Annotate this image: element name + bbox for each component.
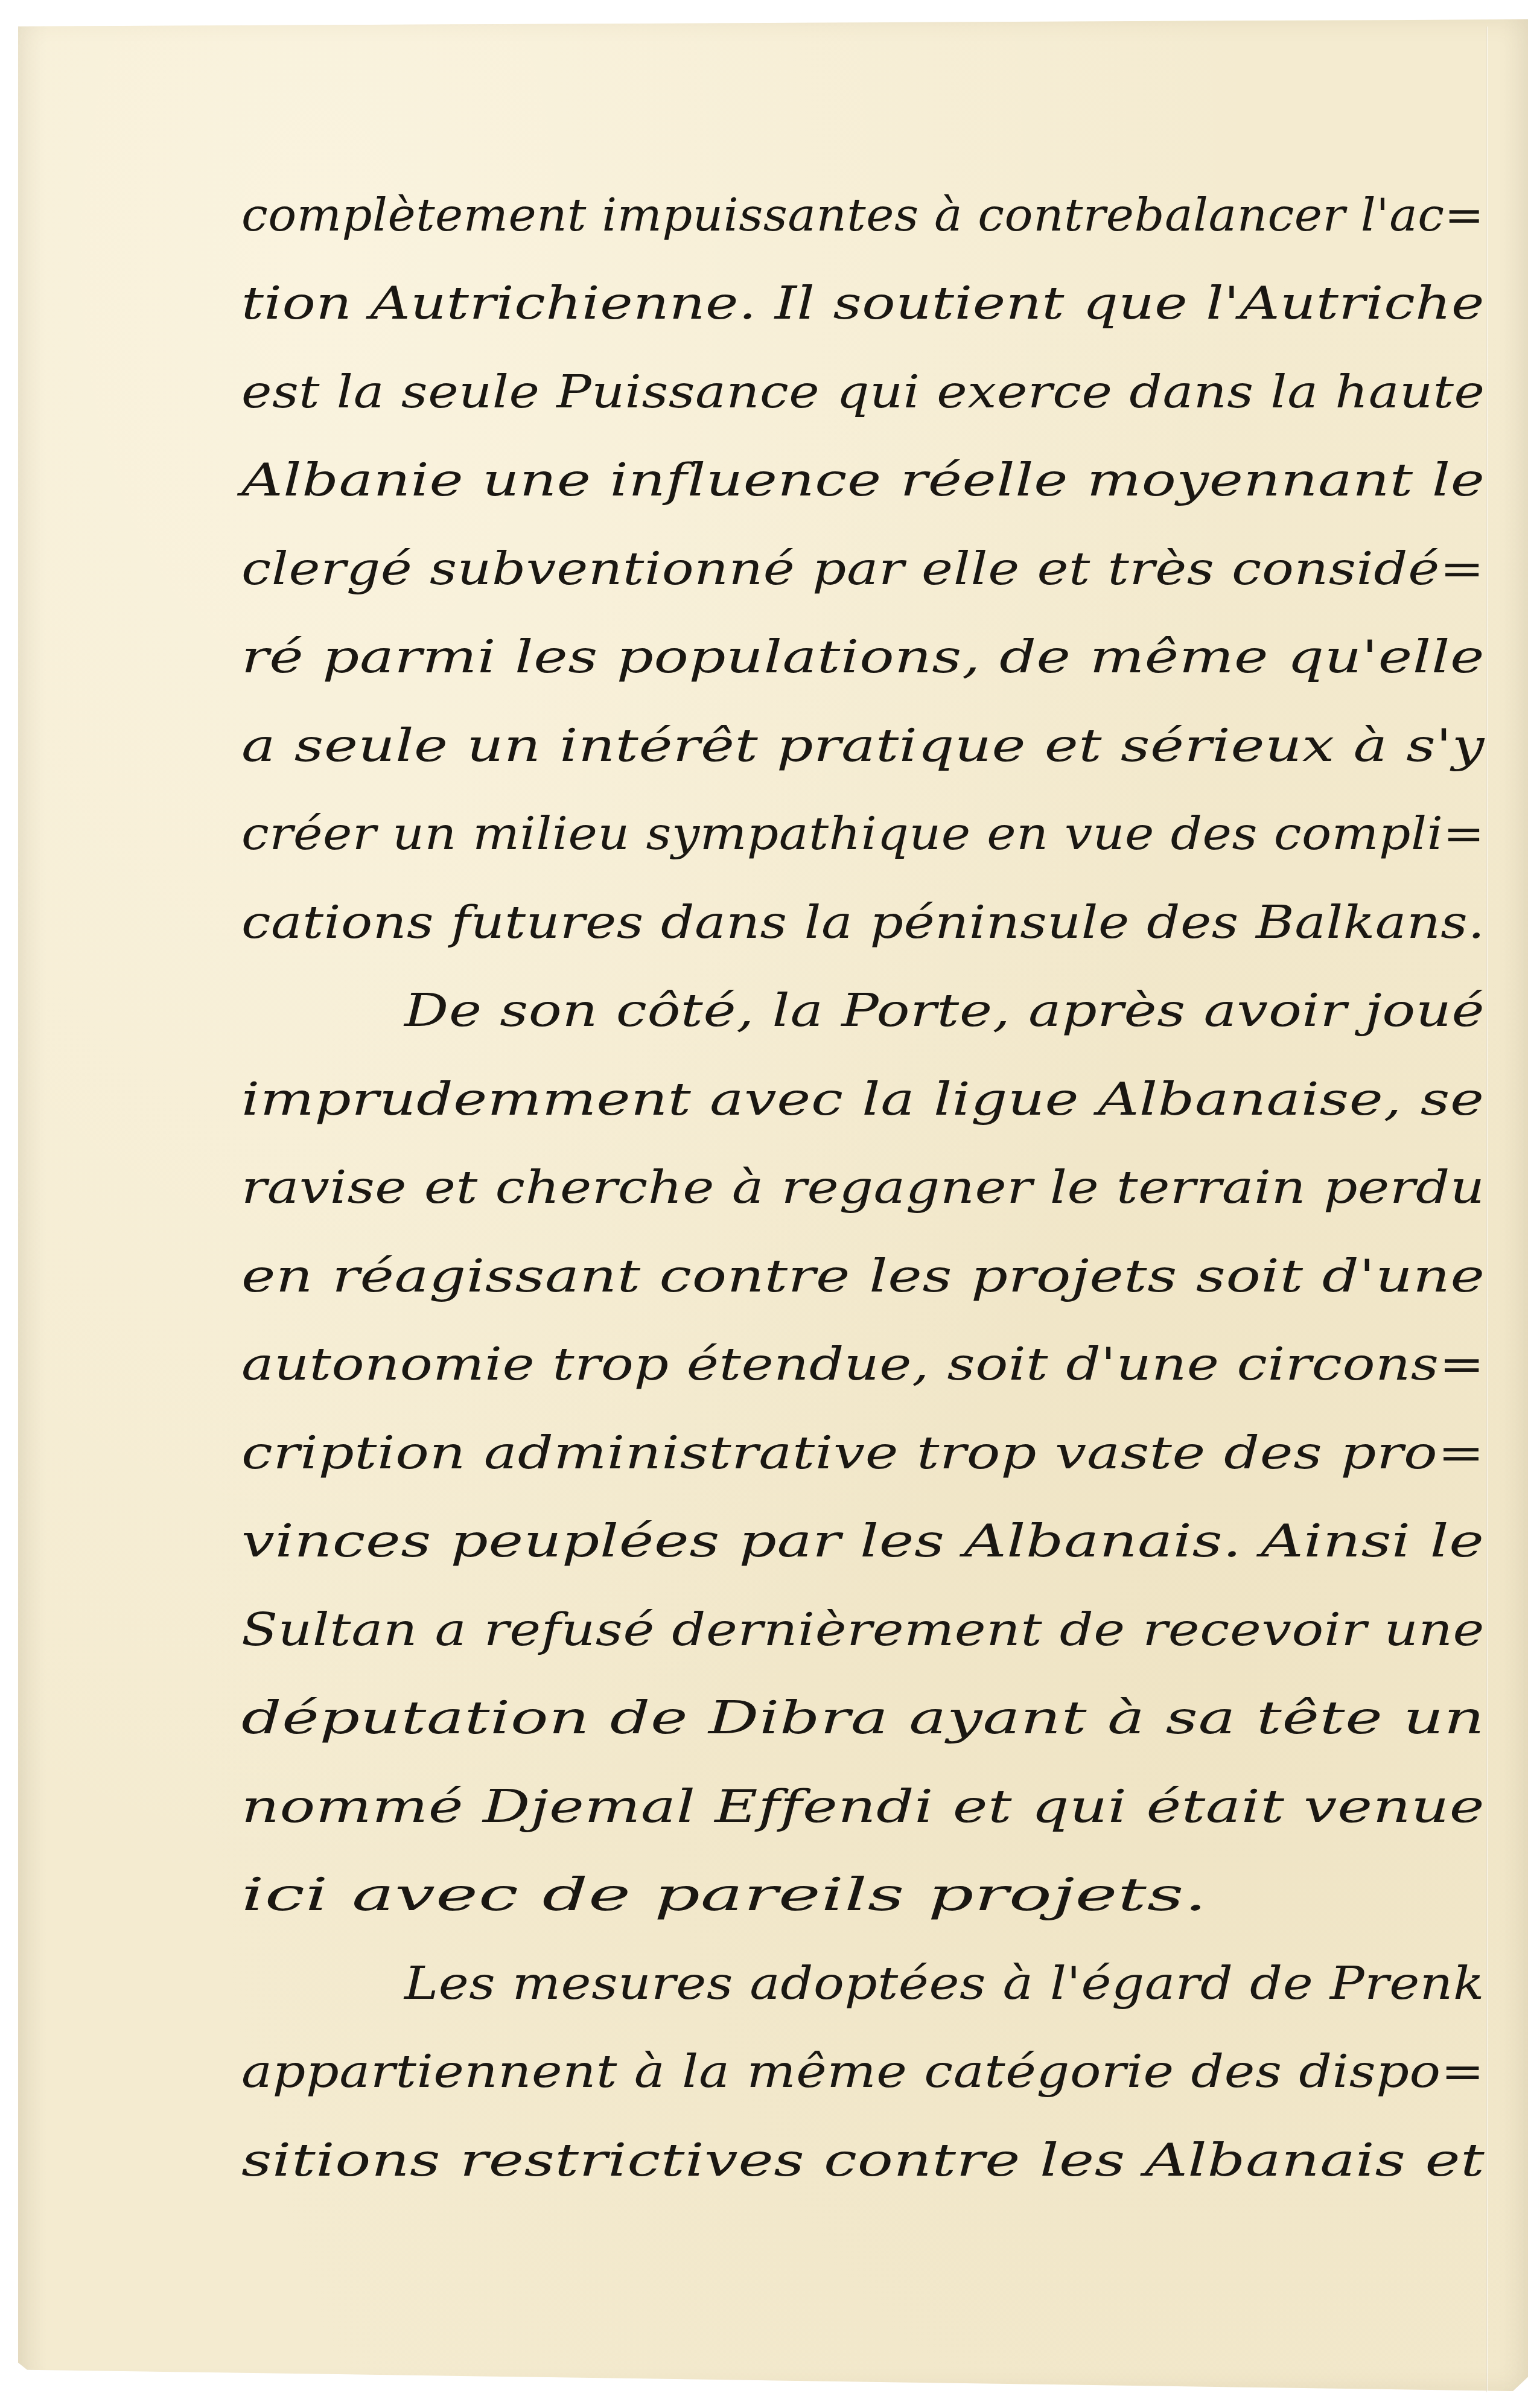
text-line: nommé Djemal Effendi et qui était venue <box>241 1785 1485 1829</box>
text-line: complètement impuissantes à contrebalanc… <box>241 193 1485 238</box>
text-line: ré parmi les populations, de même qu'ell… <box>241 635 1485 680</box>
text-line: vinces peuplées par les Albanais. Ainsi … <box>241 1519 1484 1564</box>
text-line: a seule un intérêt pratique et sérieux à… <box>241 724 1485 768</box>
text-line: sitions restrictives contre les Albanais… <box>241 2138 1485 2183</box>
text-line: ravise et cherche à regagner le terrain … <box>241 1165 1485 1210</box>
text-line: en réagissant contre les projets soit d'… <box>241 1254 1485 1299</box>
text-line: cations futures dans la péninsule des Ba… <box>241 900 1485 945</box>
text-line: est la seule Puissance qui exerce dans l… <box>241 370 1485 415</box>
text-line: Albanie une influence réelle moyennant l… <box>241 458 1485 503</box>
text-line: députation de Dibra ayant à sa tête un <box>241 1696 1485 1741</box>
text-line: ici avec de pareils projets. <box>241 1873 1208 1917</box>
text-line: appartiennent à la même catégorie des di… <box>241 2050 1485 2094</box>
text-line: clergé subventionné par elle et très con… <box>241 547 1485 591</box>
paragraph-start-line: Les mesures adoptées à l'égard de Prenk <box>404 1961 1485 2006</box>
text-line: imprudemment avec la ligue Albanaise, se <box>241 1077 1485 1122</box>
paragraph-start-line: De son côté, la Porte, après avoir joué <box>404 989 1485 1033</box>
text-line: autonomie trop étendue, soit d'une circo… <box>241 1342 1485 1387</box>
text-line: Sultan a refusé dernièrement de recevoir… <box>241 1608 1485 1652</box>
text-line: cription administrative trop vaste des p… <box>241 1431 1485 1476</box>
text-line: créer un milieu sympathique en vue des c… <box>241 812 1485 856</box>
page-fold-edge <box>1486 27 1488 2392</box>
text-line: tion Autrichienne. Il soutient que l'Aut… <box>241 281 1485 326</box>
